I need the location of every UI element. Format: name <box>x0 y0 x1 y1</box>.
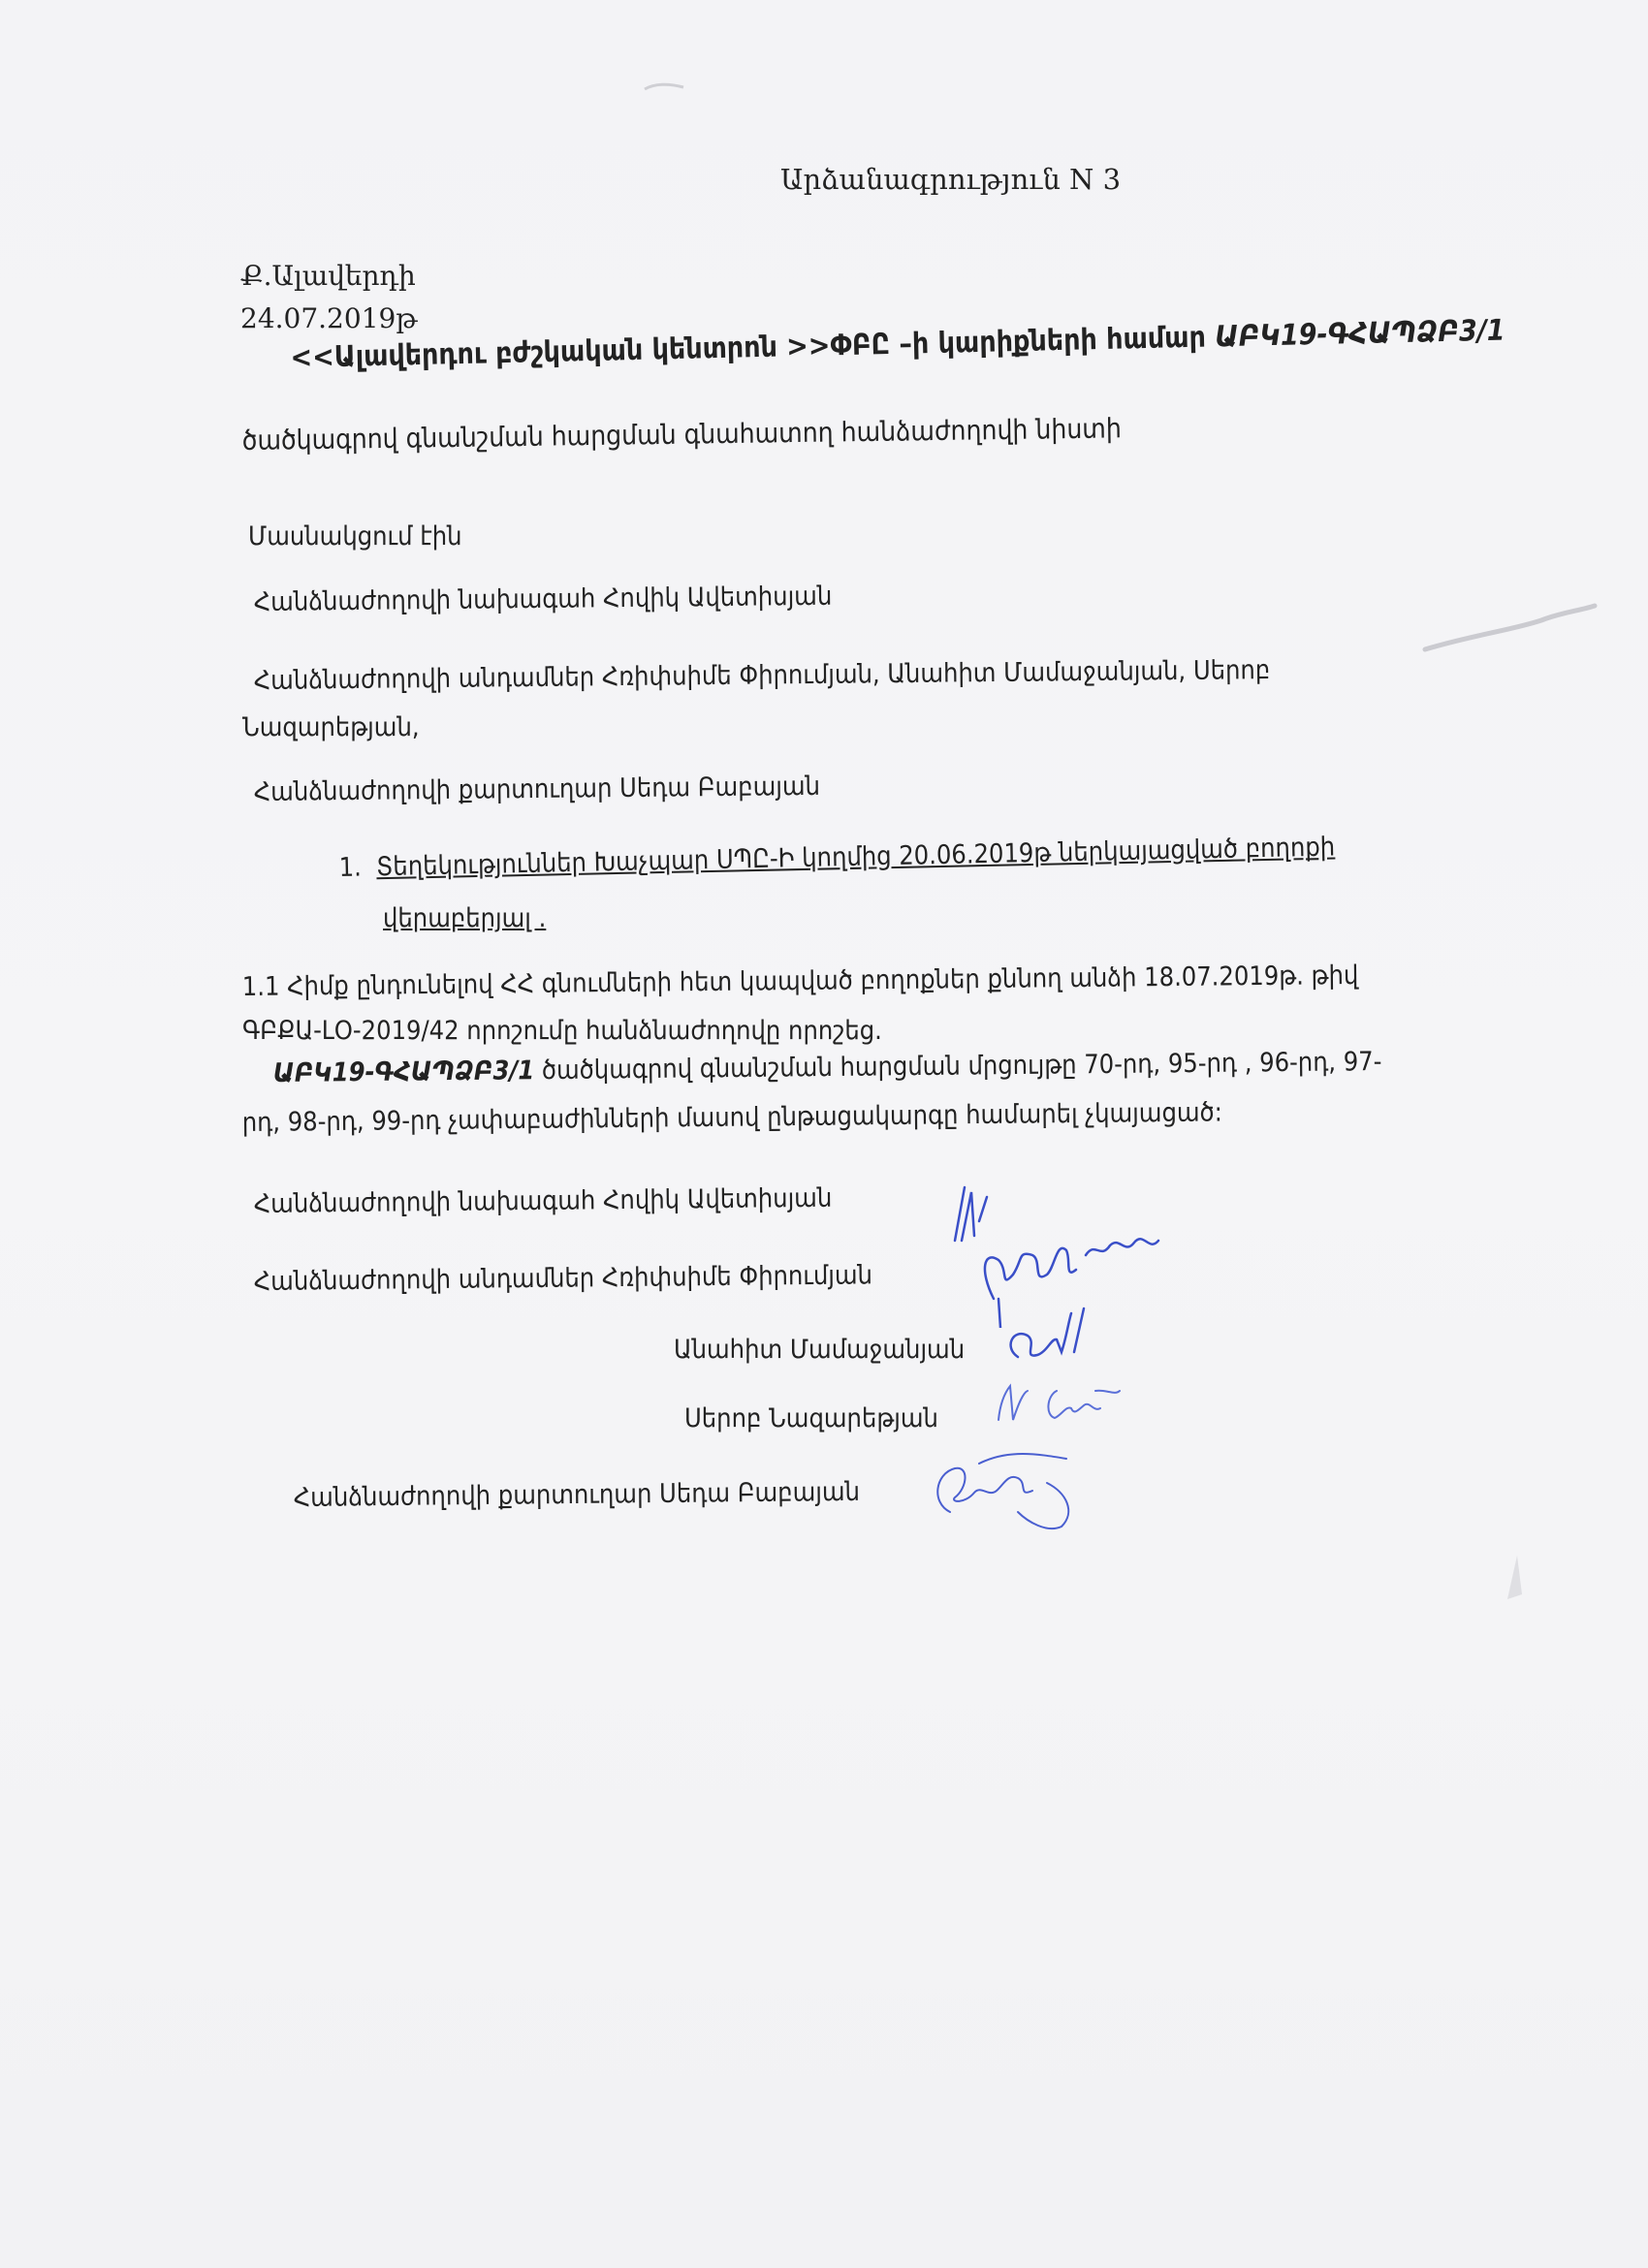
signature-line-secretary: Հանձնաժողովի քարտուղար Սեդա Բաբայան <box>294 1477 860 1515</box>
agenda-item-1-continuation: վերաբերյալ . <box>383 903 546 934</box>
signature-member-2 <box>998 1299 1095 1376</box>
decision-procurement-code: ԱԲԿ19-ԳՀԱՊՁԲ3/1 <box>273 1055 535 1088</box>
decision-paragraph-2-line-1: ԱԲԿ19-ԳՀԱՊՁԲ3/1 ծածկագրով գնանշման հարցմ… <box>273 1047 1382 1089</box>
document-date: 24.07.2019թ <box>240 302 417 335</box>
signature-line-member-3: Սերոբ Նազարեթյան <box>684 1403 938 1434</box>
participant-members-line-1: Հանձնաժողովի անդամներ Հռիփսիմե Փիրումյան… <box>254 655 1271 697</box>
heading-organization: <<Ալավերդու բժշկական կենտրոն >>ՓԲԸ –ի կա… <box>290 320 1215 375</box>
agenda-item-number: 1. <box>338 853 362 883</box>
decision-paragraph-1-line-1: 1.1 Հիմք ընդունելով ՀՀ գնումների հետ կապ… <box>242 961 1359 1003</box>
heading-procurement-code: ԱԲԿ19-ԳՀԱՊՁԲ3/1 <box>1215 314 1505 355</box>
scan-smudge-2 <box>1493 1551 1532 1609</box>
document-place: Ք.Ալավերդի <box>240 260 416 293</box>
agenda-item-text: Տեղեկություններ Խաչպար ՍՊԸ-Ի կողմից 20.0… <box>376 832 1336 882</box>
signature-secretary <box>921 1444 1095 1536</box>
signature-member-3 <box>989 1371 1134 1439</box>
signature-line-chair: Հանձնաժողովի նախագահ Հովիկ Ավետիսյան <box>254 1183 833 1221</box>
heading-line-1: <<Ալավերդու բժշկական կենտրոն >>ՓԲԸ –ի կա… <box>290 314 1505 376</box>
participants-label: Մասնակցում էին <box>248 521 462 552</box>
participant-secretary: Հանձնաժողովի քարտուղար Սեդա Բաբայան <box>254 772 820 809</box>
document-title: Արձանագրություն N 3 <box>780 163 1121 197</box>
decision-paragraph-1-line-2: ԳԲՔԱ-ԼՕ-2019/42 որոշումը հանձնաժողովը որ… <box>242 1016 882 1047</box>
decision-paragraph-2-text: ծածկագրով գնանշման հարցման մրցույթը 70-ր… <box>534 1047 1382 1086</box>
agenda-item-1: 1. Տեղեկություններ Խաչպար ՍՊԸ-Ի կողմից 2… <box>338 832 1335 884</box>
participant-members-line-2: Նազարեթյան, <box>242 712 420 743</box>
document-page: Արձանագրություն N 3 Ք.Ալավերդի 24.07.201… <box>0 0 1648 2268</box>
scan-smudge <box>1415 601 1609 659</box>
participant-chair: Հանձնաժողովի նախագահ Հովիկ Ավետիսյան <box>254 582 833 619</box>
signature-line-member-2: Անահիտ Մամաջանյան <box>674 1335 965 1366</box>
heading-line-2: ծածկագրով գնանշման հարցման գնահատող հանձ… <box>242 412 1122 457</box>
scan-smudge-3 <box>640 78 688 97</box>
signature-line-members: Հանձնաժողովի անդամներ Հռիփսիմե Փիրումյան <box>254 1260 872 1298</box>
decision-paragraph-2-line-2: րդ, 98-րդ, 99-րդ չափաբաժինների մասով ընթ… <box>242 1097 1222 1139</box>
